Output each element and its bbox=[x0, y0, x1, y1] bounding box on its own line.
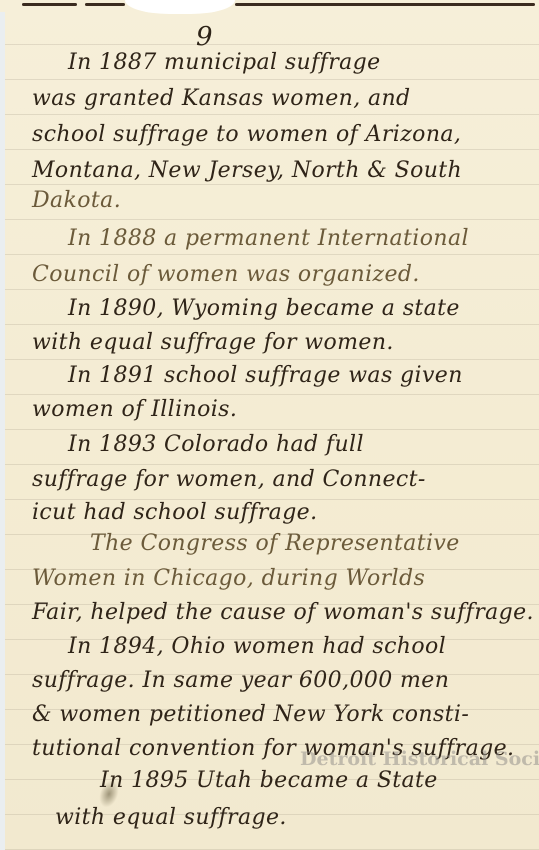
text-line: school suffrage to women of Arizona, bbox=[32, 122, 461, 147]
top-rule-segment bbox=[235, 3, 535, 6]
text-line: In 1894, Ohio women had school bbox=[68, 634, 446, 659]
top-rule-segment bbox=[22, 3, 77, 6]
text-line: suffrage for women, and Connect- bbox=[32, 467, 426, 492]
text-line: was granted Kansas women, and bbox=[32, 86, 411, 111]
text-line: with equal suffrage for women. bbox=[32, 330, 394, 355]
page-top-edge bbox=[0, 0, 539, 12]
page-left-edge bbox=[0, 0, 5, 850]
text-line: In 1888 a permanent International bbox=[68, 226, 469, 251]
text-line: In 1893 Colorado had full bbox=[68, 432, 364, 457]
watermark: Detroit Historical Society bbox=[300, 748, 539, 770]
text-line: icut had school suffrage. bbox=[32, 500, 318, 525]
page-number: 9 bbox=[196, 22, 213, 52]
text-line: Council of women was organized. bbox=[32, 262, 420, 287]
text-line: Montana, New Jersey, North & South bbox=[32, 158, 462, 183]
text-line: In 1887 municipal suffrage bbox=[68, 50, 381, 75]
text-line: women of Illinois. bbox=[32, 397, 237, 422]
text-line: suffrage. In same year 600,000 men bbox=[32, 668, 449, 693]
text-line: In 1895 Utah became a State bbox=[100, 768, 438, 793]
text-line: & women petitioned New York consti- bbox=[32, 702, 469, 727]
text-line: with equal suffrage. bbox=[55, 805, 287, 830]
text-line: The Congress of Representative bbox=[90, 531, 460, 556]
text-line: Fair, helped the cause of woman's suffra… bbox=[32, 600, 534, 625]
text-line: Women in Chicago, during Worlds bbox=[32, 566, 425, 591]
text-line: In 1890, Wyoming became a state bbox=[68, 296, 460, 321]
text-line: In 1891 school suffrage was given bbox=[68, 363, 463, 388]
text-line: Dakota. bbox=[32, 188, 121, 213]
top-rule-segment bbox=[85, 3, 125, 6]
manuscript-page: 9 In 1887 municipal suffrage was granted… bbox=[0, 0, 539, 850]
